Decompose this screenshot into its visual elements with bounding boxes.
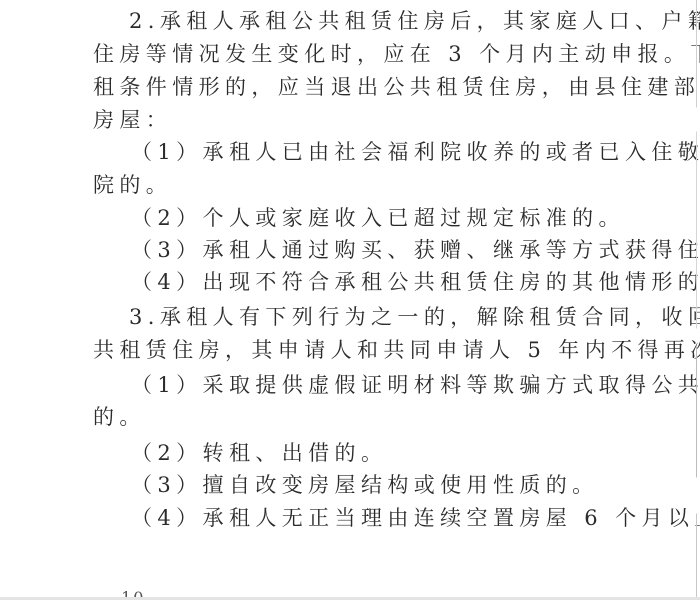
section-3-item-4: （4）承租人无正当理由连续空置房屋 6 个月以上的。 <box>131 503 651 533</box>
section-3-item-1-line-1: （1）采取提供虚假证明材料等欺骗方式取得公共租赁住房 <box>131 370 651 400</box>
section-2-paragraph-line-4: 房屋： <box>93 105 613 135</box>
section-3-item-2: （2）转租、出借的。 <box>131 438 651 468</box>
section-3-item-1-line-2: 的。 <box>93 402 613 432</box>
section-3-item-3: （3）擅自改变房屋结构或使用性质的。 <box>131 470 651 500</box>
section-2-item-1-line-1: （1）承租人已由社会福利院收养的或者已入住敬（养）老 <box>131 137 651 167</box>
section-2-item-3: （3）承租人通过购买、获赠、继承等方式获得住房的。 <box>131 235 651 265</box>
section-2-paragraph-line-3: 租条件情形的，应当退出公共租赁住房，由县住建部门依法收回 <box>93 72 613 102</box>
section-2-paragraph-line-1: 2.承租人承租公共租赁住房后，其家庭人口、户籍、收入、 <box>129 6 649 36</box>
document-page: 2.承租人承租公共租赁住房后，其家庭人口、户籍、收入、 住房等情况发生变化时，应… <box>0 0 700 600</box>
section-3-paragraph-line-2: 共租赁住房，其申请人和共同申请人 5 年内不得再次申请： <box>93 335 613 365</box>
section-3-paragraph-line-1: 3.承租人有下列行为之一的，解除租赁合同，收回承租的公 <box>129 302 649 332</box>
section-2-item-2: （2）个人或家庭收入已超过规定标准的。 <box>131 203 651 233</box>
section-2-item-4: （4）出现不符合承租公共租赁住房的其他情形的。 <box>131 267 651 297</box>
section-2-item-1-line-2: 院的。 <box>93 170 613 200</box>
page-edge-line <box>696 0 697 597</box>
section-2-paragraph-line-2: 住房等情况发生变化时，应在 3 个月内主动申报。下列不符合承 <box>93 39 613 69</box>
